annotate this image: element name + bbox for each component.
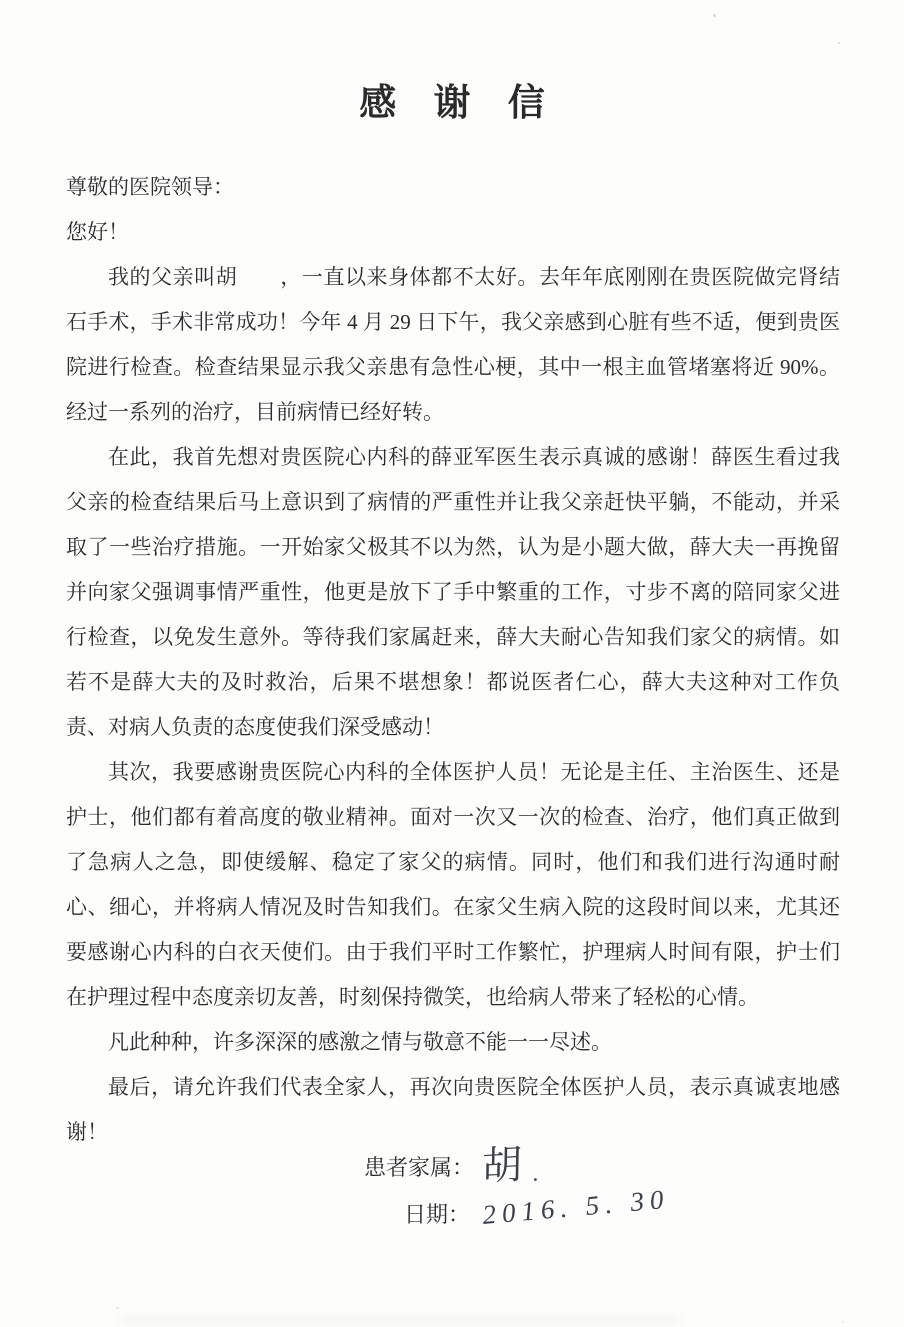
letter-body: 尊敬的医院领导： 您好！ 我的父亲叫胡 ，一直以来身体都不太好。去年年底刚刚在贵… — [66, 165, 840, 1155]
salutation: 尊敬的医院领导： — [66, 165, 840, 210]
date-label: 日期： — [404, 1198, 470, 1232]
scan-speck — [713, 14, 716, 17]
date-row: 日期： 2016. 5. 30 — [0, 1198, 904, 1232]
scan-speck — [116, 1307, 119, 1309]
scan-speck — [838, 42, 840, 44]
signature-row: 患者家属： 胡 ． — [0, 1140, 904, 1192]
paragraph-2: 在此，我首先想对贵医院心内科的薛亚军医生表示真诚的感谢！薛医生看过我父亲的检查结… — [66, 435, 840, 750]
scanned-letter-page: 感 谢 信 尊敬的医院领导： 您好！ 我的父亲叫胡 ，一直以来身体都不太好。去年… — [0, 0, 904, 1327]
signature-block: 患者家属： 胡 ． 日期： 2016. 5. 30 — [0, 1140, 904, 1232]
scan-speck — [842, 1321, 844, 1323]
signature-label: 患者家属： — [364, 1151, 474, 1182]
scan-smudge — [120, 1317, 680, 1323]
greeting: 您好！ — [66, 210, 840, 255]
signature-name-handwritten: 胡 — [482, 1145, 523, 1187]
paragraph-3: 其次，我要感谢贵医院心内科的全体医护人员！无论是主任、主治医生、还是护士，他们都… — [66, 750, 840, 1020]
paragraph-1: 我的父亲叫胡 ，一直以来身体都不太好。去年年底刚刚在贵医院做完肾结石手术，手术非… — [66, 255, 840, 435]
signature-dot: ． — [532, 1157, 554, 1188]
letter-title: 感 谢 信 — [0, 0, 904, 126]
paragraph-4: 凡此种种，许多深深的感激之情与敬意不能一一尽述。 — [66, 1020, 840, 1065]
